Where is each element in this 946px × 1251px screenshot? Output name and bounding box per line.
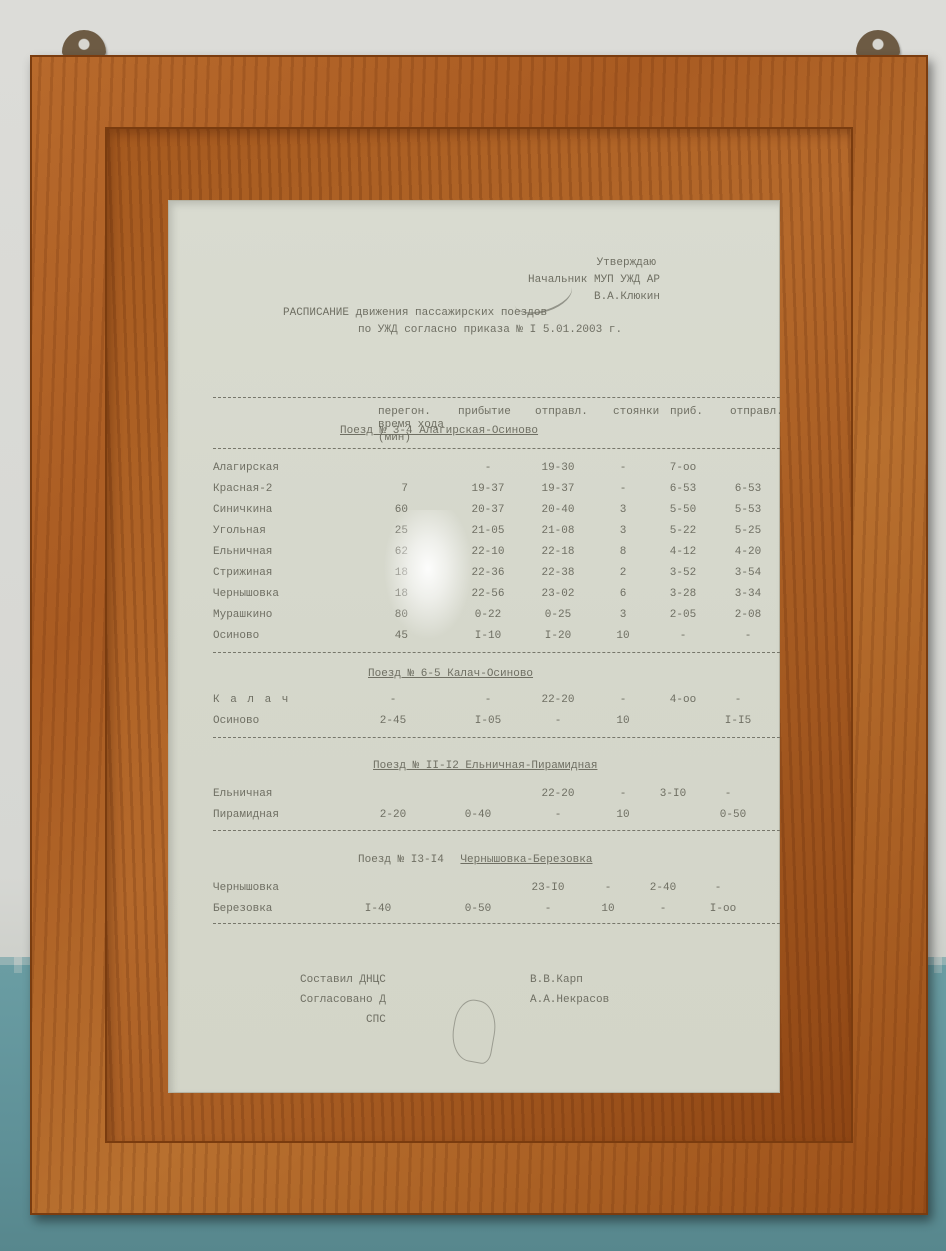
timetable-document: Утверждаю Начальник МУП УЖД АР В.А.Клюки… [168,200,780,1093]
train-13-14-number: Поезд № I3-I4 [358,854,444,866]
title-line-1: РАСПИСАНИЕ движения пассажирских поездов [283,305,622,322]
train-11-12-title: Поезд № II-I2 Ельничная-Пирамидная [373,760,597,772]
signoff-labels: Составил ДНЦС Согласовано Д СПС [300,970,386,1030]
approval-line-1: Утверждаю [528,255,660,272]
section-rule [213,923,780,924]
col-header-travel-time: перегон. время хода (мин) [378,406,444,445]
header-rule-top [213,397,780,398]
col-header-arrival: прибытие [458,406,511,418]
section-rule [213,737,780,738]
col-header-departure: отправл. [535,406,588,418]
train-6-5-title: Поезд № 6-5 Калач-Осиново [368,668,533,680]
title-line-2: по УЖД согласно приказа № I 5.01.2003 г. [283,322,622,339]
section-rule [213,830,780,831]
hanging-hook-right [856,30,900,56]
header-rule-bottom [213,448,780,449]
signoff-names: В.В.Карп А.А.Некрасов [530,970,609,1010]
col-header-departure-back: отправл. [730,406,780,418]
document-title: РАСПИСАНИЕ движения пассажирских поездов… [283,305,622,339]
section-rule [213,652,780,653]
train-13-14-title: Поезд № I3-I4 Чернышовка-Березовка [358,854,592,866]
train-13-14-route: Чернышовка-Березовка [460,854,592,866]
signature-mark-bottom [448,997,500,1065]
col-header-stop: стоянки [613,406,659,418]
hanging-hook-left [62,30,106,56]
wooden-frame: Утверждаю Начальник МУП УЖД АР В.А.Клюки… [30,55,928,1215]
col-header-arrival-back: приб. [670,406,703,418]
